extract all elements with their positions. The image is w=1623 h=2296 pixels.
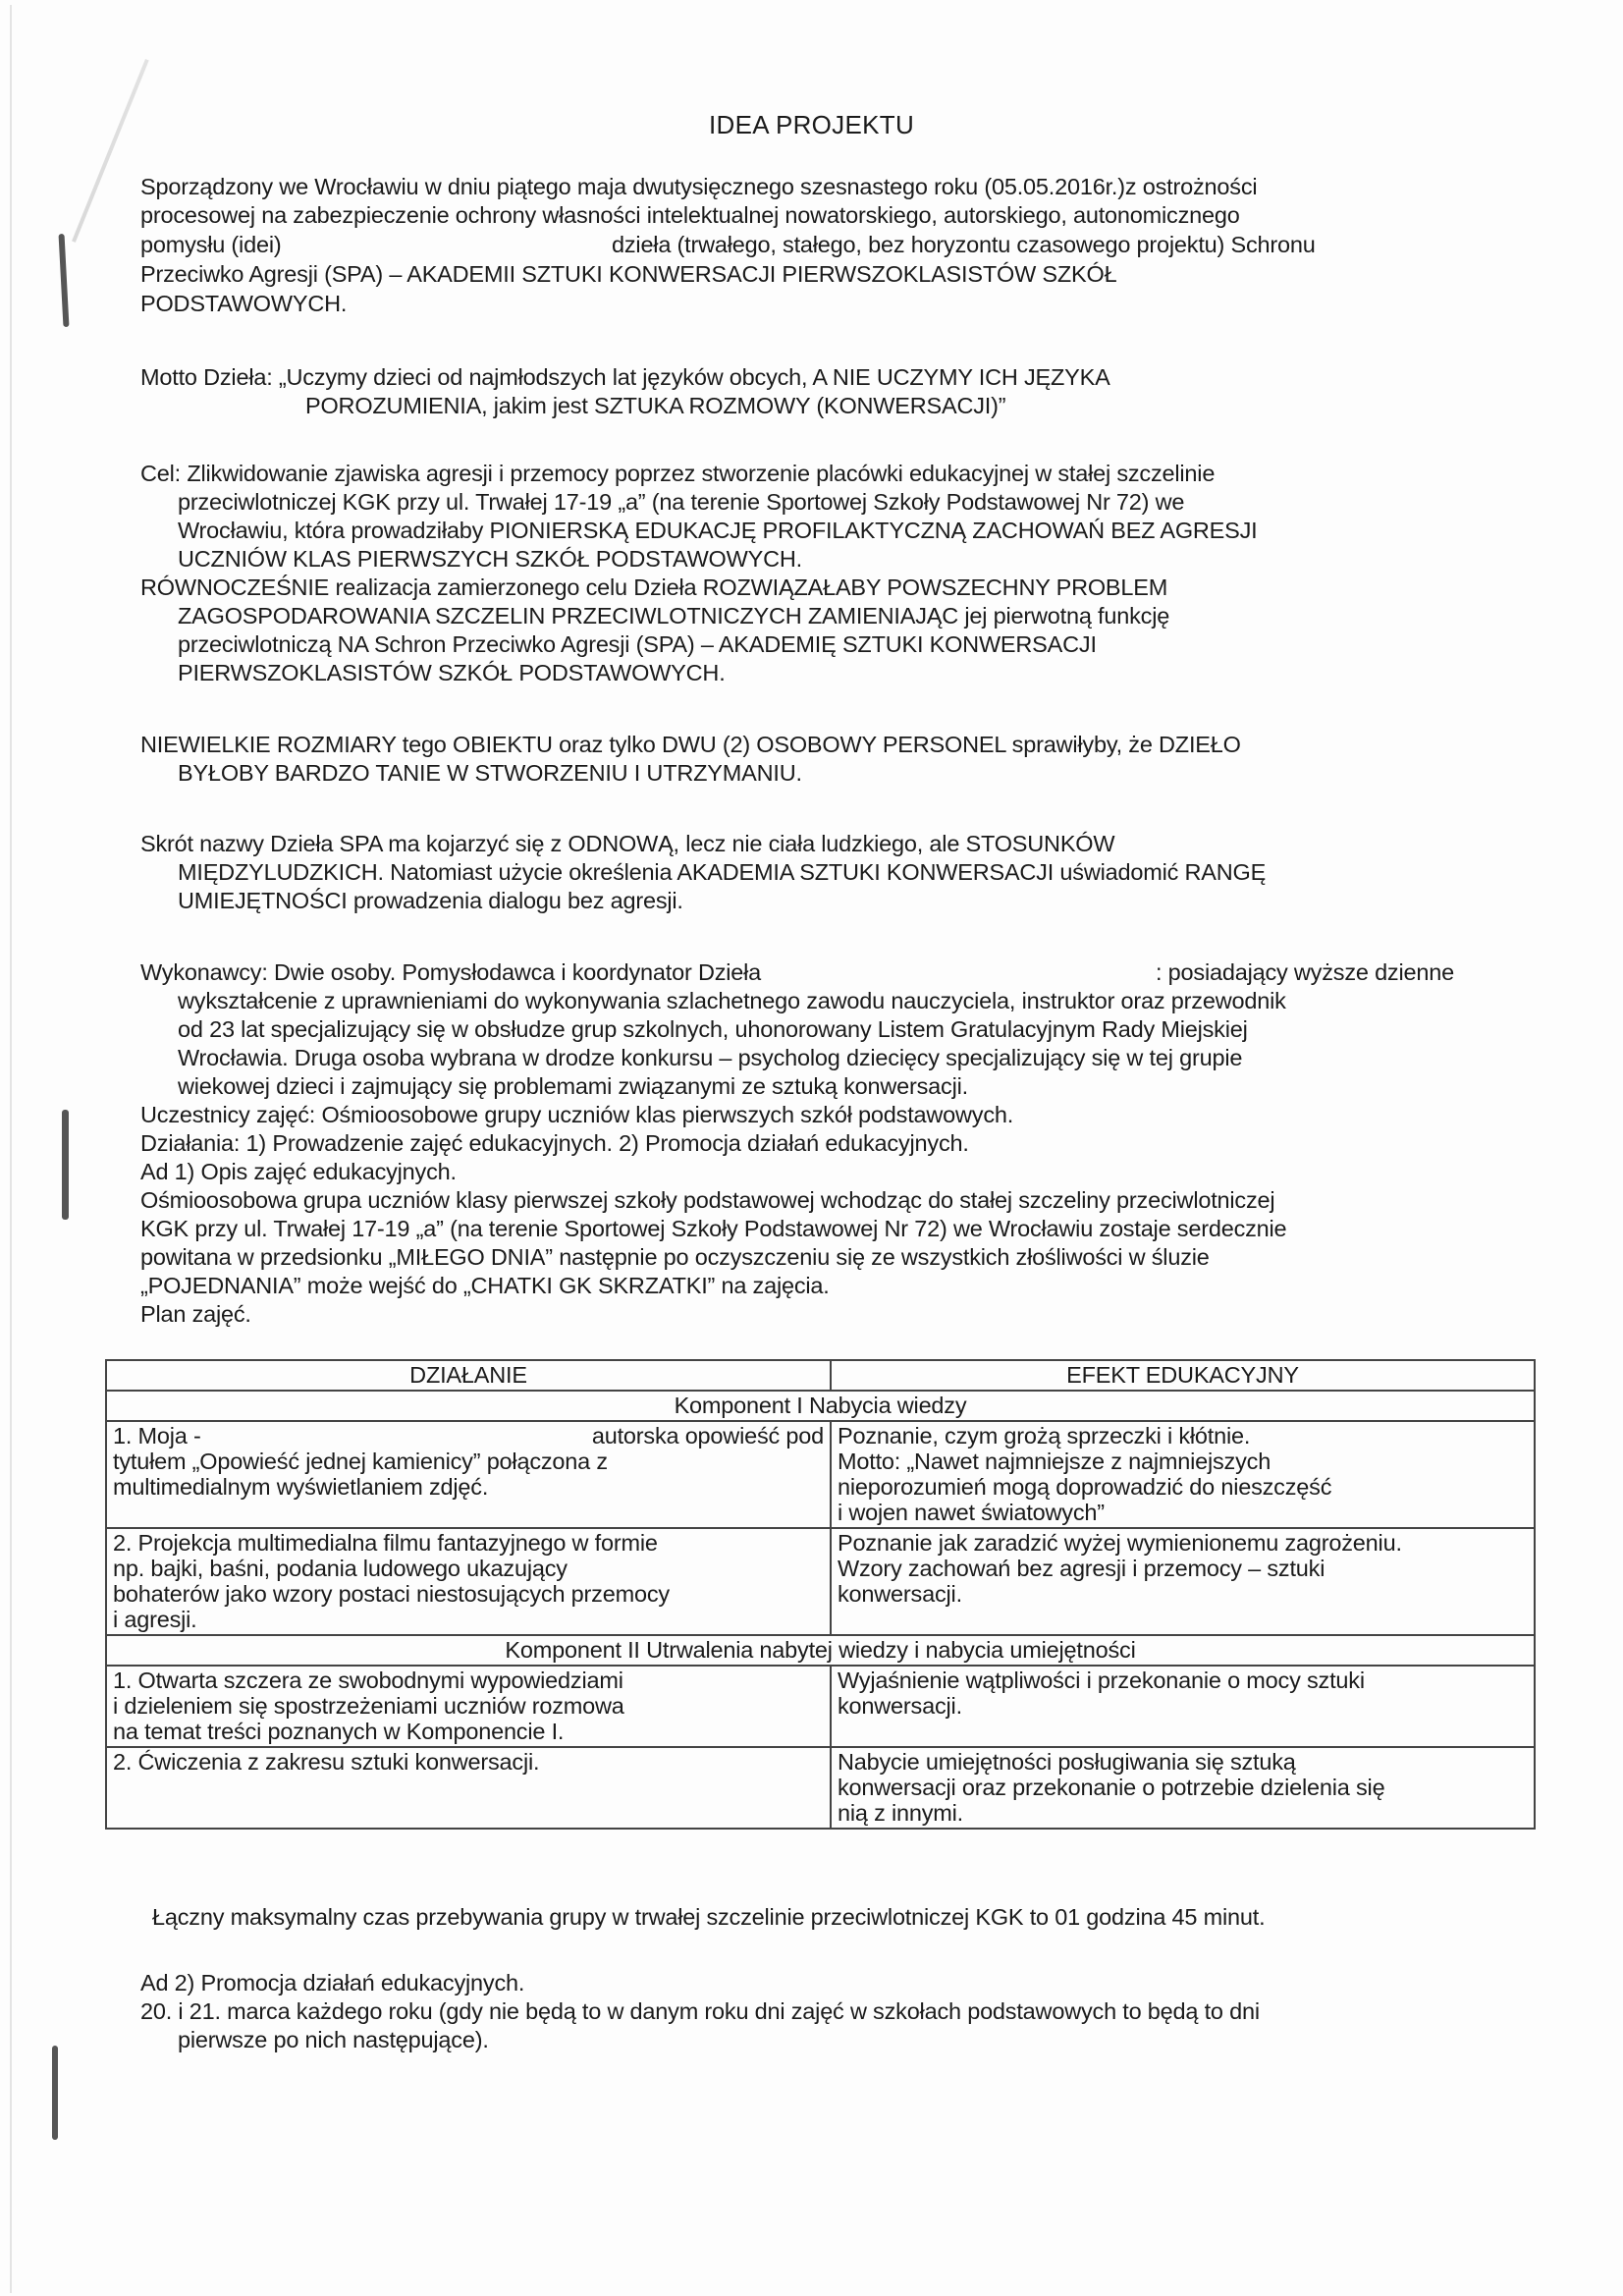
table-row: 1. Otwarta szczera ze swobodnymi wypowie… bbox=[106, 1666, 1535, 1747]
abbreviation-line: UMIEJĘTNOŚCI prowadzenia dialogu bez agr… bbox=[178, 888, 683, 913]
scanned-page: IDEA PROJEKTU Sporządzony we Wrocławiu w… bbox=[0, 0, 1623, 2296]
intro-line: Sporządzony we Wrocławiu w dniu piątego … bbox=[140, 174, 1257, 199]
effect-text: nią z innymi. bbox=[838, 1800, 1528, 1826]
action-text: na temat treści poznanych w Komponencie … bbox=[113, 1719, 824, 1744]
pencil-stroke-mark bbox=[72, 59, 149, 243]
action-text: i agresji. bbox=[113, 1607, 824, 1632]
plan-label: Plan zajęć. bbox=[140, 1301, 251, 1327]
intro-line: PODSTAWOWYCH. bbox=[140, 291, 347, 316]
effect-cell: Poznanie, czym grożą sprzeczki i kłótnie… bbox=[831, 1421, 1535, 1528]
plan-table: DZIAŁANIE EFEKT EDUKACYJNY Komponent I N… bbox=[105, 1359, 1536, 1830]
intro-line: pomysłu (idei) bbox=[140, 232, 281, 257]
ad2-line: pierwsze po nich następujące). bbox=[178, 2027, 489, 2052]
intro-line: procesowej na zabezpieczenie ochrony wła… bbox=[140, 202, 1240, 228]
size-line: BYŁOBY BARDZO TANIE W STWORZENIU I UTRZY… bbox=[178, 760, 802, 786]
goal-line: Cel: Zlikwidowanie zjawiska agresji i pr… bbox=[140, 461, 1215, 486]
margin-mark-top bbox=[59, 234, 70, 327]
executors-line: od 23 lat specjalizujący się w obsłudze … bbox=[178, 1016, 1248, 1042]
goal-line: Wrocławiu, która prowadziłaby PIONIERSKĄ… bbox=[178, 518, 1258, 543]
ad1-heading: Ad 1) Opis zajęć edukacyjnych. bbox=[140, 1159, 457, 1184]
goal-line: przeciwlotniczą NA Schron Przeciwko Agre… bbox=[178, 631, 1097, 657]
action-cell: 1. Otwarta szczera ze swobodnymi wypowie… bbox=[106, 1666, 831, 1747]
margin-mark-middle bbox=[62, 1110, 69, 1220]
action-text: multimedialnym wyświetlaniem zdjęć. bbox=[113, 1474, 824, 1500]
table-row: 2. Projekcja multimedialna filmu fantazy… bbox=[106, 1528, 1535, 1635]
action-text: 1. Otwarta szczera ze swobodnymi wypowie… bbox=[113, 1667, 824, 1693]
effect-text: nieporozumień mogą doprowadzić do nieszc… bbox=[838, 1474, 1528, 1500]
effect-text: Poznanie, czym grożą sprzeczki i kłótnie… bbox=[838, 1423, 1528, 1449]
action-text: tytułem „Opowieść jednej kamienicy” połą… bbox=[113, 1449, 824, 1474]
effect-text: Nabycie umiejętności posługiwania się sz… bbox=[838, 1749, 1528, 1775]
goal-line: ZAGOSPODAROWANIA SZCZELIN PRZECIWLOTNICZ… bbox=[178, 603, 1169, 629]
effect-text: konwersacji. bbox=[838, 1581, 1528, 1607]
effect-text: Motto: „Nawet najmniejsze z najmniejszyc… bbox=[838, 1449, 1528, 1474]
goal-line: RÓWNOCZEŚNIE realizacja zamierzonego cel… bbox=[140, 574, 1167, 600]
header-action: DZIAŁANIE bbox=[106, 1360, 831, 1391]
ad1-line: „POJEDNANIA” może wejść do „CHATKI GK SK… bbox=[140, 1273, 830, 1298]
header-effect: EFEKT EDUKACYJNY bbox=[831, 1360, 1535, 1391]
motto-line: Motto Dzieła: „Uczymy dzieci od najmłods… bbox=[140, 364, 1110, 390]
intro-line: Przeciwko Agresji (SPA) – AKADEMII SZTUK… bbox=[140, 261, 1116, 287]
action-cell: 2. Ćwiczenia z zakresu sztuki konwersacj… bbox=[106, 1747, 831, 1829]
ad2-heading: Ad 2) Promocja działań edukacyjnych. bbox=[140, 1970, 524, 1995]
page-edge-shadow bbox=[10, 5, 12, 2293]
action-text: 2. Projekcja multimedialna filmu fantazy… bbox=[113, 1530, 824, 1556]
effect-cell: Poznanie jak zaradzić wyżej wymienionemu… bbox=[831, 1528, 1535, 1635]
goal-line: przeciwlotniczej KGK przy ul. Trwałej 17… bbox=[178, 489, 1184, 515]
executors-line: wiekowej dzieci i zajmujący się problema… bbox=[178, 1073, 968, 1099]
action-text: i dzieleniem się spostrzeżeniami uczniów… bbox=[113, 1693, 824, 1719]
motto-line: POROZUMIENIA, jakim jest SZTUKA ROZMOWY … bbox=[305, 393, 1005, 418]
action-cell: 2. Projekcja multimedialna filmu fantazy… bbox=[106, 1528, 831, 1635]
action-text: np. bajki, baśni, podania ludowego ukazu… bbox=[113, 1556, 824, 1581]
effect-cell: Nabycie umiejętności posługiwania się sz… bbox=[831, 1747, 1535, 1829]
component-row: Komponent II Utrwalenia nabytej wiedzy i… bbox=[106, 1635, 1535, 1666]
component-row: Komponent I Nabycia wiedzy bbox=[106, 1391, 1535, 1421]
effect-text: konwersacji. bbox=[838, 1693, 1528, 1719]
ad1-line: KGK przy ul. Trwałej 17-19 „a” (na teren… bbox=[140, 1216, 1286, 1241]
executors-line: wykształcenie z uprawnieniami do wykonyw… bbox=[178, 988, 1286, 1013]
table-header-row: DZIAŁANIE EFEKT EDUKACYJNY bbox=[106, 1360, 1535, 1391]
goal-line: PIERWSZOKLASISTÓW SZKÓŁ PODSTAWOWYCH. bbox=[178, 660, 726, 685]
executors-line: Wrocławia. Druga osoba wybrana w drodze … bbox=[178, 1045, 1242, 1070]
table-row: 2. Ćwiczenia z zakresu sztuki konwersacj… bbox=[106, 1747, 1535, 1829]
action-text: 1. Moja - bbox=[113, 1423, 201, 1449]
actions-line: Działania: 1) Prowadzenie zajęć edukacyj… bbox=[140, 1130, 969, 1156]
participants-line: Uczestnicy zajęć: Ośmioosobowe grupy ucz… bbox=[140, 1102, 1013, 1127]
action-text: 2. Ćwiczenia z zakresu sztuki konwersacj… bbox=[113, 1749, 824, 1775]
effect-text: Wzory zachowań bez agresji i przemocy – … bbox=[838, 1556, 1528, 1581]
goal-line: UCZNIÓW KLAS PIERWSZYCH SZKÓŁ PODSTAWOWY… bbox=[178, 546, 802, 572]
component-1-label: Komponent I Nabycia wiedzy bbox=[106, 1391, 1535, 1421]
ad2-line: 20. i 21. marca każdego roku (gdy nie bę… bbox=[140, 1998, 1260, 2024]
effect-text: i wojen nawet światowych” bbox=[838, 1500, 1528, 1525]
total-time-line: Łączny maksymalny czas przebywania grupy… bbox=[152, 1904, 1265, 1930]
effect-text: konwersacji oraz przekonanie o potrzebie… bbox=[838, 1775, 1528, 1800]
effect-text: Wyjaśnienie wątpliwości i przekonanie o … bbox=[838, 1667, 1528, 1693]
ad1-line: powitana w przedsionku „MIŁEGO DNIA” nas… bbox=[140, 1244, 1210, 1270]
component-2-label: Komponent II Utrwalenia nabytej wiedzy i… bbox=[106, 1635, 1535, 1666]
executors-line: Wykonawcy: Dwie osoby. Pomysłodawca i ko… bbox=[140, 959, 761, 985]
action-cell: 1. Moja - autorska opowieść pod tytułem … bbox=[106, 1421, 831, 1528]
abbreviation-line: MIĘDZYLUDZKICH. Natomiast użycie określe… bbox=[178, 859, 1266, 885]
size-line: NIEWIELKIE ROZMIARY tego OBIEKTU oraz ty… bbox=[140, 732, 1241, 757]
executors-line: : posiadający wyższe dzienne bbox=[1156, 959, 1454, 985]
effect-cell: Wyjaśnienie wątpliwości i przekonanie o … bbox=[831, 1666, 1535, 1747]
margin-mark-bottom bbox=[52, 2046, 58, 2140]
intro-line: dzieła (trwałego, stałego, bez horyzontu… bbox=[612, 232, 1316, 257]
page-title: IDEA PROJEKTU bbox=[0, 110, 1623, 140]
table-row: 1. Moja - autorska opowieść pod tytułem … bbox=[106, 1421, 1535, 1528]
action-text: autorska opowieść pod bbox=[592, 1423, 824, 1449]
action-text: bohaterów jako wzory postaci niestosując… bbox=[113, 1581, 824, 1607]
abbreviation-line: Skrót nazwy Dzieła SPA ma kojarzyć się z… bbox=[140, 831, 1114, 856]
effect-text: Poznanie jak zaradzić wyżej wymienionemu… bbox=[838, 1530, 1528, 1556]
ad1-line: Ośmioosobowa grupa uczniów klasy pierwsz… bbox=[140, 1187, 1274, 1213]
